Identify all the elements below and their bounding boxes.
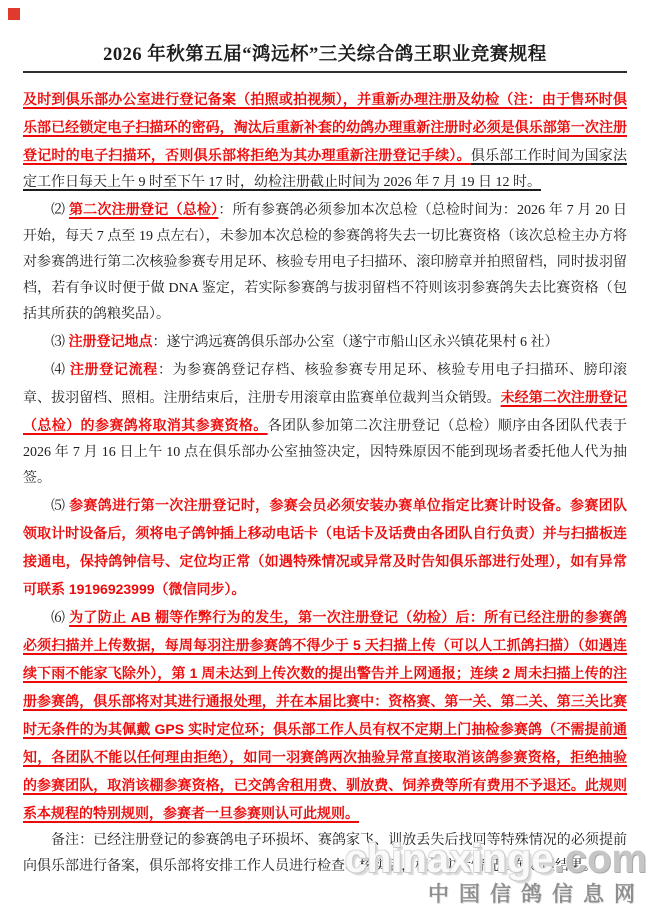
paragraph-remark: 备注：已经注册登记的参赛鸽电子环损坏、赛鸽家飞、训放丢失后找回等特殊情况的必须提… [23, 828, 627, 880]
watermark-cn-name: 中国信鸽信息网 [345, 883, 645, 906]
text-segment: 第二次注册登记（总检） [69, 201, 218, 217]
paragraph-anti-cheating: ⑹ 为了防止 AB 棚等作弊行为的发生，第一次注册登记（幼检）后：所有已经注册的… [23, 604, 627, 828]
item-number: ⑸ [51, 499, 69, 514]
paragraph-second-registration: ⑵ 第二次注册登记（总检）：所有参赛鸽必须参加本次总检（总检时间为：2026 年… [23, 196, 627, 328]
paragraph-timing-device: ⑸ 参赛鸽进行第一次注册登记时，参赛会员必须安装办赛单位指定比赛计时设备。参赛团… [23, 492, 627, 604]
item-number: ⑹ [51, 611, 69, 626]
paragraph-registration-process: ⑷ 注册登记流程：为参赛鸽登记存档、核验参赛专用足环、核验专用电子扫描环、膀印滚… [23, 356, 627, 492]
item-number: ⑶ [51, 335, 69, 350]
text-segment: 参赛鸽进行第一次注册登记时，参赛会员必须安装办赛单位指定比赛计时设备。参赛团队领… [23, 497, 627, 597]
item-number: ⑷ [51, 363, 70, 378]
text-segment: 为了防止 AB 棚等作弊行为的发生，第一次注册登记（幼检）后：所有已经注册的参赛… [23, 609, 627, 821]
corner-marker [8, 8, 20, 20]
text-segment: 备注：已经注册登记的参赛鸽电子环损坏、赛鸽家飞、训放丢失后找回等特殊情况的必须提… [23, 833, 627, 874]
text-segment: ：所有参赛鸽必须参加本次总检（总检时间为：2026 年 7 月 20 日开始，每… [23, 203, 627, 322]
paragraph-reregistration-note: 及时到俱乐部办公室进行登记备案（拍照或拍视频），并重新办理注册及幼检（注：由于售… [23, 86, 627, 196]
page-title: 2026 年秋第五届“鸿远杯”三关综合鸽王职业竞赛规程 [23, 40, 627, 66]
text-segment: ：遂宁鸿远赛鸽俱乐部办公室（遂宁市船山区永兴镇花果村 6 社） [153, 335, 559, 350]
text-segment: 注册登记流程 [70, 361, 158, 377]
paragraph-registration-location: ⑶ 注册登记地点：遂宁鸿远赛鸽俱乐部办公室（遂宁市船山区永兴镇花果村 6 社） [23, 328, 627, 356]
item-number: ⑵ [51, 203, 69, 218]
document-page: 2026 年秋第五届“鸿远杯”三关综合鸽王职业竞赛规程 及时到俱乐部办公室进行登… [0, 0, 650, 880]
text-segment: 注册登记地点 [69, 333, 153, 349]
title-block: 2026 年秋第五届“鸿远杯”三关综合鸽王职业竞赛规程 [23, 40, 627, 73]
